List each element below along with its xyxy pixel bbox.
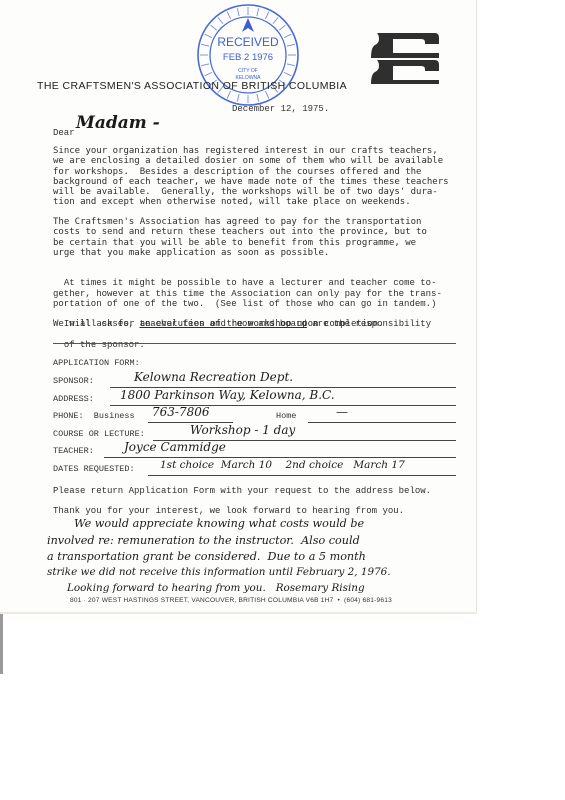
teacher-value[interactable]: Joyce Cammidge <box>124 440 226 454</box>
dates-value[interactable]: 1st choice March 10 2nd choice March 17 <box>160 459 405 471</box>
paragraph-1: Since your organization has registered i… <box>53 146 449 208</box>
handwritten-note-line: We would appreciate knowing what costs w… <box>74 517 364 530</box>
dates-line <box>148 475 456 476</box>
address-label: ADDRESS: <box>53 394 94 404</box>
sponsor-label: SPONSOR: <box>53 376 94 386</box>
form-title: APPLICATION FORM: <box>53 358 140 368</box>
teacher-label: TEACHER: <box>53 446 94 456</box>
stamp-date: FEB 2 1976 <box>223 52 273 63</box>
paragraph-3: At times it might be possible to have a … <box>53 268 442 350</box>
handwritten-note-line: strike we did not receive this informati… <box>47 566 391 578</box>
cabc-logo-icon <box>367 31 441 85</box>
paragraph-3-lines: At times it might be possible to have a … <box>53 278 442 309</box>
stamp-city-line1: CITY OF <box>238 68 258 74</box>
phone-home-value[interactable]: — <box>336 405 348 419</box>
page-edge-shadow <box>0 614 3 674</box>
thank-you-line: Thank you for your interest, we look for… <box>53 506 404 516</box>
received-stamp: RECEIVED FEB 2 1976 CITY OF KELOWNA <box>195 2 301 108</box>
teacher-line <box>104 457 456 458</box>
return-instruction: Please return Application Form with your… <box>53 486 431 496</box>
course-label: COURSE OR LECTURE: <box>53 429 145 439</box>
sponsor-value[interactable]: Kelowna Recreation Dept. <box>134 370 293 384</box>
address-value[interactable]: 1800 Parkinson Way, Kelowna, B.C. <box>120 388 335 402</box>
phone-home-label: Home <box>276 411 296 421</box>
phone-business-value[interactable]: 763-7806 <box>152 405 210 419</box>
arrow-up-icon <box>242 18 254 32</box>
paragraph-4: We will ask for an evalution of the work… <box>53 319 384 329</box>
paragraph-3-final: of the sponsor. <box>64 340 145 350</box>
letterhead-footer-address: 801 · 207 WEST HASTINGS STREET, VANCOUVE… <box>70 597 392 604</box>
handwritten-signoff: Looking forward to hearing from you. Ros… <box>67 582 365 594</box>
salutation: Dear <box>53 128 75 138</box>
salutation-handwritten: Madam - <box>76 113 160 133</box>
course-value[interactable]: Workshop - 1 day <box>190 423 295 437</box>
handwritten-note-line: involved re: remuneration to the instruc… <box>47 534 360 547</box>
phone-home-line <box>308 422 456 423</box>
form-separator <box>53 343 456 344</box>
dates-label: DATES REQUESTED: <box>53 464 135 474</box>
handwritten-note-line: a transportation grant be considered. Du… <box>47 550 366 563</box>
letter-date: December 12, 1975. <box>232 104 329 114</box>
organization-name: THE CRAFTSMEN'S ASSOCIATION OF BRITISH C… <box>37 80 347 92</box>
stamp-label: RECEIVED <box>217 35 279 49</box>
phone-business-label: PHONE: Business <box>53 411 135 421</box>
paragraph-2: The Craftsmen's Association has agreed t… <box>53 217 427 258</box>
